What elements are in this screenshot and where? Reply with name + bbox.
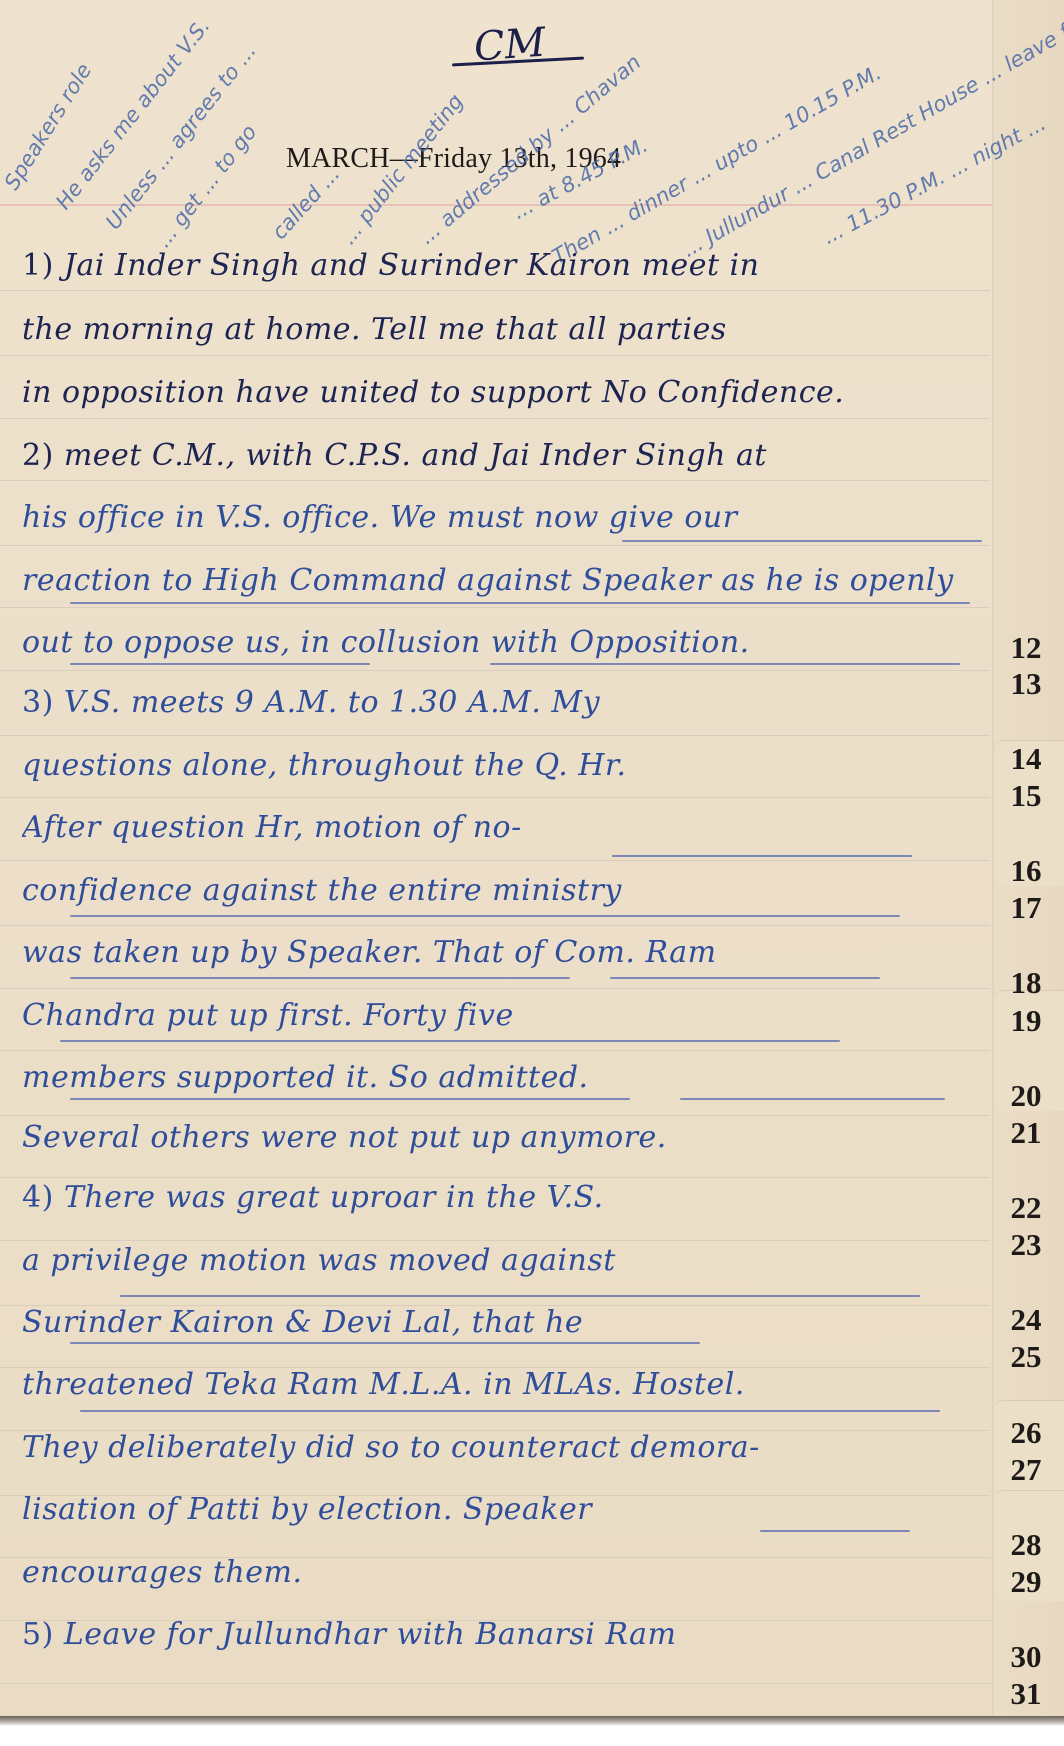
entry-number: 1) <box>22 248 54 283</box>
entry-1-line: in opposition have united to support No … <box>22 375 982 410</box>
day-number: 24 <box>1002 1304 1050 1335</box>
entry-4-line: encourages them. <box>22 1555 982 1590</box>
ruled-line <box>0 1683 990 1684</box>
entry-number: 5) <box>22 1617 54 1652</box>
entry-4-line: They deliberately did so to counteract d… <box>22 1430 982 1465</box>
ink-underline <box>70 977 570 979</box>
ruled-line <box>0 1050 990 1051</box>
entry-3-line: Chandra put up first. Forty five <box>22 998 982 1033</box>
ruled-line <box>0 480 990 481</box>
ruled-line <box>0 1240 990 1241</box>
ink-underline <box>612 855 912 857</box>
ruled-line <box>0 860 990 861</box>
ink-underline <box>70 602 970 604</box>
day-number: 14 <box>1002 743 1050 774</box>
ruled-line <box>0 418 990 419</box>
ink-underline <box>70 1342 700 1344</box>
ink-underline <box>610 977 880 979</box>
day-number: 19 <box>1002 1005 1050 1036</box>
entry-4-line: lisation of Patti by election. Speaker <box>22 1492 982 1527</box>
entry-3-line: members supported it. So admitted. <box>22 1060 982 1095</box>
ink-underline <box>80 1410 940 1412</box>
day-number: 28 <box>1002 1529 1050 1560</box>
entry-1-line: the morning at home. Tell me that all pa… <box>22 312 982 347</box>
ruled-line <box>0 925 990 926</box>
day-number: 22 <box>1002 1192 1050 1223</box>
ruled-line <box>0 735 990 736</box>
ruled-line <box>0 607 990 608</box>
ink-underline <box>60 1040 840 1042</box>
ruled-line <box>0 797 990 798</box>
ruled-line <box>0 1177 990 1178</box>
entry-text: Jai Inder Singh and Surinder Kairon meet… <box>64 248 760 283</box>
ruled-line <box>0 355 990 356</box>
day-number: 29 <box>1002 1566 1050 1597</box>
ink-underline <box>680 1098 945 1100</box>
ink-underline <box>622 540 982 542</box>
entry-1-line: 1) Jai Inder Singh and Surinder Kairon m… <box>22 248 982 283</box>
entry-3-line: was taken up by Speaker. That of Com. Ra… <box>22 935 982 970</box>
entry-4-line: threatened Teka Ram M.L.A. in MLAs. Host… <box>22 1367 982 1402</box>
day-number: 21 <box>1002 1117 1050 1148</box>
entry-4-line: a privilege motion was moved against <box>22 1243 982 1278</box>
day-number: 27 <box>1002 1454 1050 1485</box>
entry-4-line: 4) There was great uproar in the V.S. <box>22 1180 982 1215</box>
entry-number: 4) <box>22 1180 54 1215</box>
ruled-line <box>0 290 990 291</box>
day-number: 16 <box>1002 855 1050 886</box>
entry-text: There was great uproar in the V.S. <box>64 1180 604 1215</box>
day-number: 25 <box>1002 1341 1050 1372</box>
entry-3-line: questions alone, throughout the Q. Hr. <box>22 748 982 783</box>
ink-underline <box>70 663 370 665</box>
day-number: 18 <box>1002 967 1050 998</box>
entry-3-line: confidence against the entire ministry <box>22 873 982 908</box>
day-number: 13 <box>1002 668 1050 699</box>
diary-page: 12 13 14 15 16 17 18 19 20 21 22 23 24 2… <box>0 0 1064 1718</box>
entry-2-line: 2) meet C.M., with C.P.S. and Jai Inder … <box>22 438 982 473</box>
entry-2-line: out to oppose us, in collusion with Oppo… <box>22 625 982 660</box>
ink-underline <box>70 1098 630 1100</box>
day-number: 12 <box>1002 632 1050 663</box>
entry-2-line: his office in V.S. office. We must now g… <box>22 500 982 535</box>
day-number: 17 <box>1002 892 1050 923</box>
ruled-line <box>0 545 990 546</box>
entry-2-line: reaction to High Command against Speaker… <box>22 563 982 598</box>
day-number: 31 <box>1002 1678 1050 1709</box>
entry-text: V.S. meets 9 A.M. to 1.30 A.M. My <box>64 685 600 720</box>
entry-number: 2) <box>22 438 54 473</box>
day-number: 23 <box>1002 1229 1050 1260</box>
entry-3-line: Several others were not put up anymore. <box>22 1120 982 1155</box>
ruled-line <box>0 988 990 989</box>
entry-3-line: 3) V.S. meets 9 A.M. to 1.30 A.M. My <box>22 685 982 720</box>
ink-underline <box>760 1530 910 1532</box>
ink-underline <box>70 915 900 917</box>
ink-underline <box>490 663 960 665</box>
entry-4-line: Surinder Kairon & Devi Lal, that he <box>22 1305 982 1340</box>
entry-3-line: After question Hr, motion of no- <box>22 810 982 845</box>
day-number: 30 <box>1002 1641 1050 1672</box>
ruled-line <box>0 670 990 671</box>
entry-text: meet C.M., with C.P.S. and Jai Inder Sin… <box>64 438 767 473</box>
day-number: 26 <box>1002 1417 1050 1448</box>
ink-underline <box>120 1295 920 1297</box>
entry-5-line: 5) Leave for Jullundhar with Banarsi Ram <box>22 1617 982 1652</box>
day-number: 20 <box>1002 1080 1050 1111</box>
day-number: 15 <box>1002 780 1050 811</box>
entry-number: 3) <box>22 685 54 720</box>
page-bottom-edge <box>0 1716 1064 1726</box>
ruled-line <box>0 1115 990 1116</box>
entry-text: Leave for Jullundhar with Banarsi Ram <box>64 1617 677 1652</box>
